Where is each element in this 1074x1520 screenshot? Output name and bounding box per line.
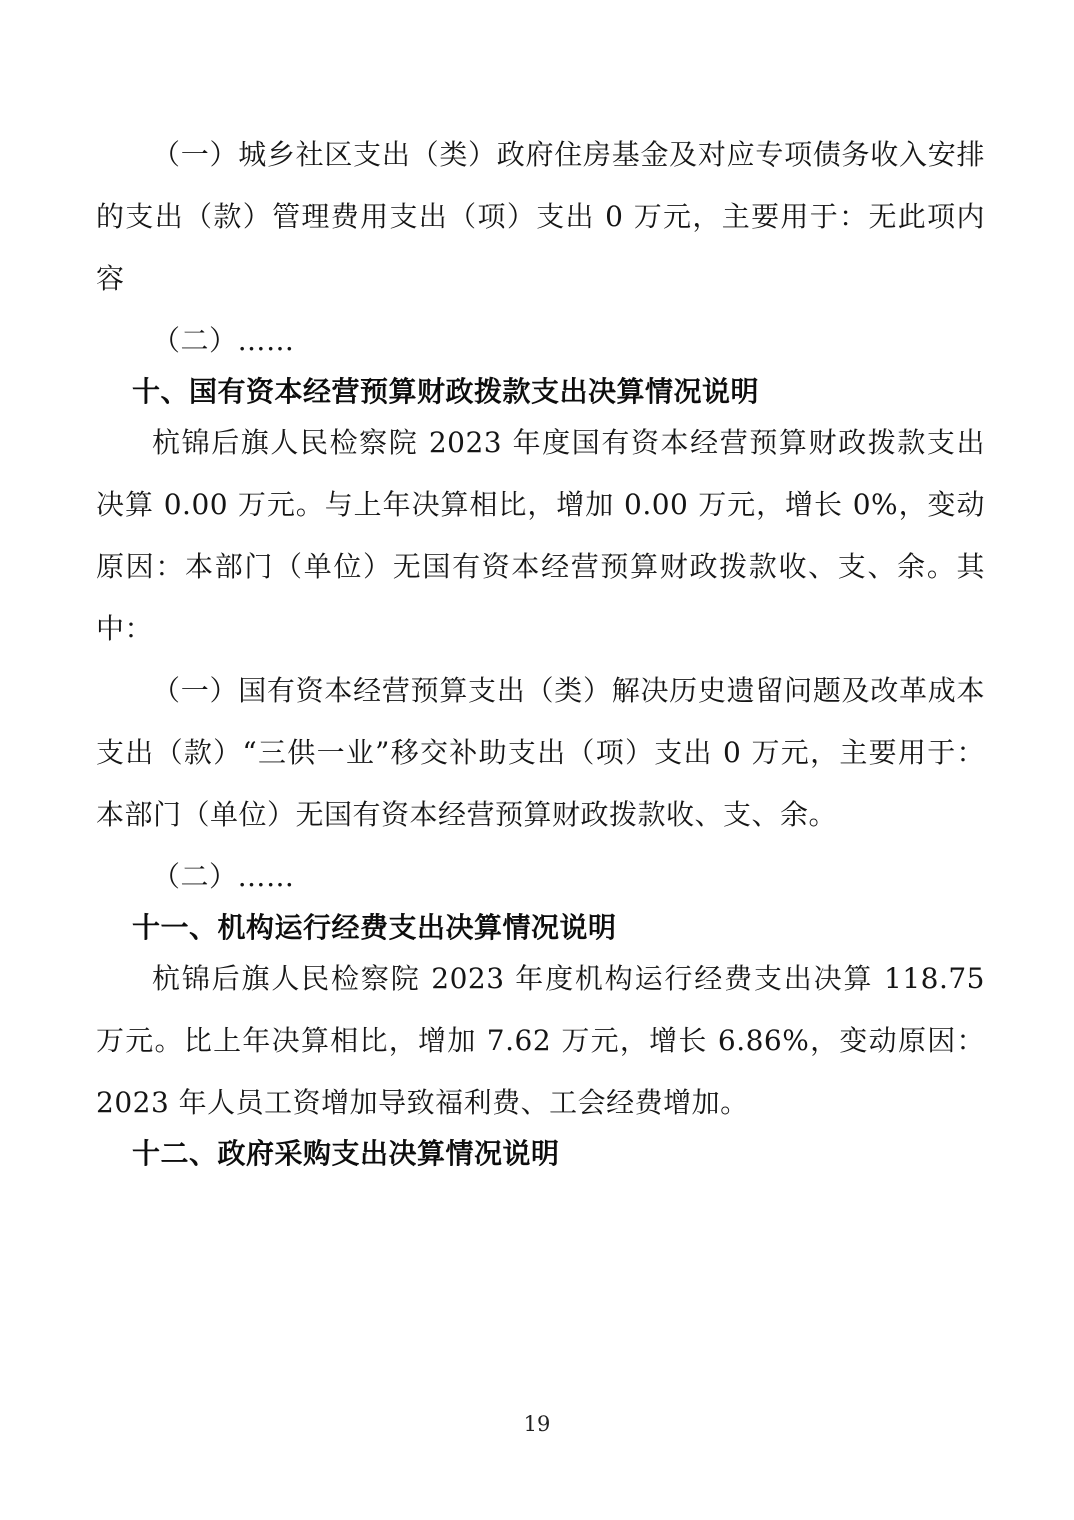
section-heading-10-state-capital-budget: 十、国有资本经营预算财政拨款支出决算情况说明 [132,372,985,412]
page-number: 19 [524,1412,551,1436]
document-page: （一）城乡社区支出（类）政府住房基金及对应专项债务收入安排的支出（款）管理费用支… [0,0,1074,1520]
paragraph-ellipsis-2: （二）…… [96,846,985,908]
paragraph-ellipsis-1: （二）…… [96,310,985,372]
section-heading-11-operating-expenses: 十一、机构运行经费支出决算情况说明 [132,908,985,948]
paragraph-urban-rural-expenditure: （一）城乡社区支出（类）政府住房基金及对应专项债务收入安排的支出（款）管理费用支… [96,124,985,310]
section-heading-12-government-procurement: 十二、政府采购支出决算情况说明 [132,1134,985,1174]
paragraph-state-capital-summary: 杭锦后旗人民检察院 2023 年度国有资本经营预算财政拨款支出决算 0.00 万… [96,412,985,660]
paragraph-operating-expense-summary: 杭锦后旗人民检察院 2023 年度机构运行经费支出决算 118.75 万元。比上… [96,948,985,1134]
document-content: （一）城乡社区支出（类）政府住房基金及对应专项债务收入安排的支出（款）管理费用支… [96,124,985,1174]
paragraph-state-capital-item: （一）国有资本经营预算支出（类）解决历史遗留问题及改革成本支出（款）“三供一业”… [96,660,985,846]
page-footer: 19 [0,1412,1074,1436]
